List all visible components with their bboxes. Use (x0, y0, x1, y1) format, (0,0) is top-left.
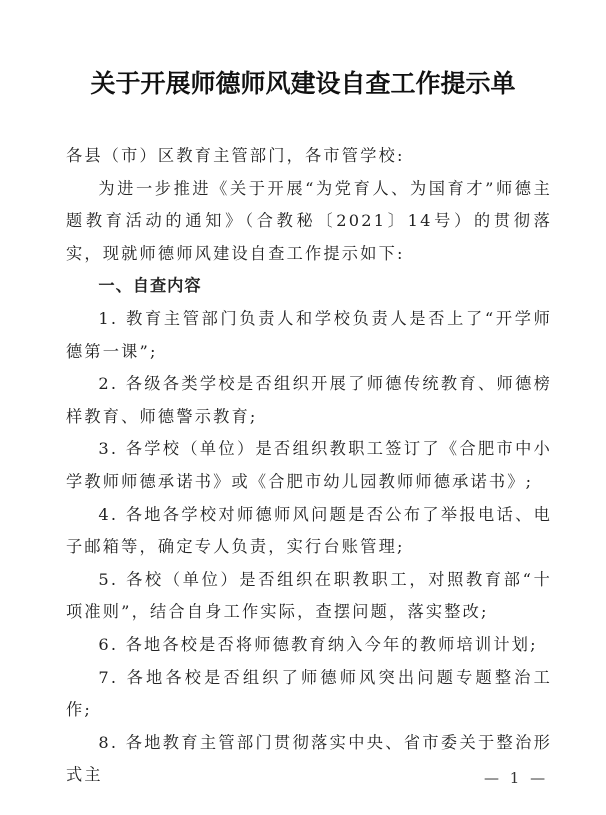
checklist-item-2: 2. 各级各类学校是否组织开展了师德传统教育、师德榜样教育、师德警示教育; (66, 368, 552, 433)
document-body: 各县（市）区教育主管部门，各市管学校: 为进一步推进《关于开展“为党育人、为国育… (66, 140, 552, 792)
document-title: 关于开展师德师风建设自查工作提示单 (0, 64, 606, 100)
checklist-item-3: 3. 各学校（单位）是否组织教职工签订了《合肥市中小学教师师德承诺书》或《合肥市… (66, 433, 552, 498)
salutation: 各县（市）区教育主管部门，各市管学校: (66, 140, 552, 173)
checklist-item-5: 5. 各校（单位）是否组织在职教职工，对照教育部“十项准则”，结合自身工作实际，… (66, 564, 552, 629)
checklist-item-4: 4. 各地各学校对师德师风问题是否公布了举报电话、电子邮箱等，确定专人负责，实行… (66, 499, 552, 564)
page-number: — 1 — (484, 769, 548, 787)
checklist-item-6: 6. 各地各校是否将师德教育纳入今年的教师培训计划; (66, 629, 552, 662)
checklist-item-7: 7. 各地各校是否组织了师德师风突出问题专题整治工作; (66, 662, 552, 727)
document-page: 关于开展师德师风建设自查工作提示单 各县（市）区教育主管部门，各市管学校: 为进… (0, 0, 606, 815)
section-heading: 一、自查内容 (66, 270, 552, 303)
checklist-item-1: 1. 教育主管部门负责人和学校负责人是否上了“开学师德第一课”; (66, 303, 552, 368)
checklist-item-8: 8. 各地教育主管部门贯彻落实中央、省市委关于整治形式主 (66, 727, 552, 792)
intro-paragraph: 为进一步推进《关于开展“为党育人、为国育才”师德主题教育活动的通知》（合教秘〔2… (66, 173, 552, 271)
